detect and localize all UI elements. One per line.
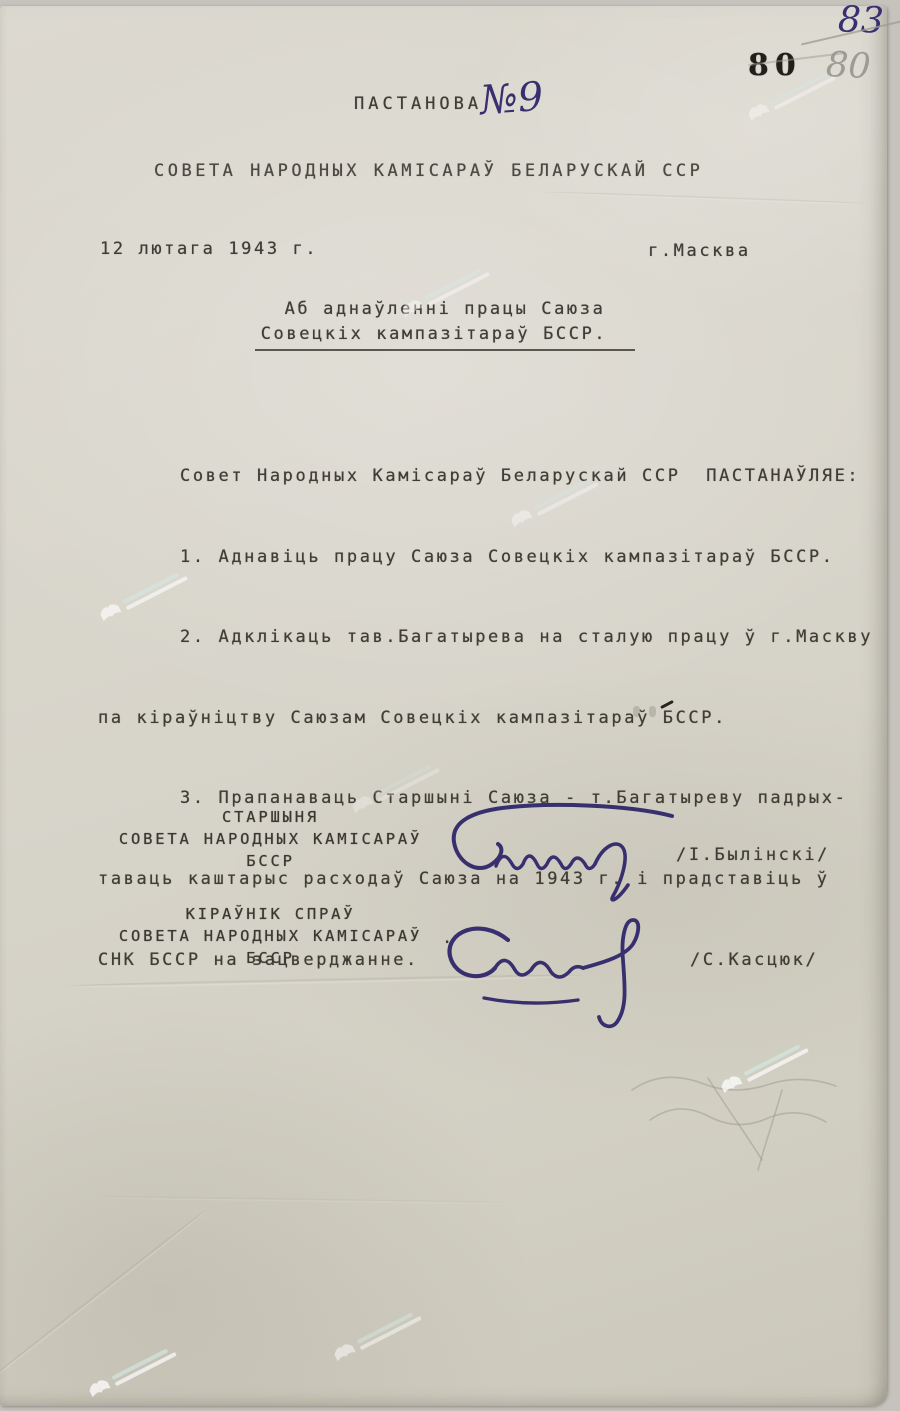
subject-line-1: Аб аднаўленні працы Саюза: [60, 297, 830, 322]
kastsyuk-signature: [428, 912, 700, 1034]
signatory-title-block-2: КІРАЎНІК СПРАЎ СОВЕТА НАРОДНЫХ КАМІСАРАЎ…: [98, 903, 443, 969]
body-line: 1. Аднавіць працу Саюза Совецкіх кампазі…: [98, 537, 878, 578]
signatory-title-line: БССР: [98, 850, 443, 872]
body-line: па кіраўніцтву Саюзам Совецкіх кампазіта…: [98, 698, 878, 739]
handwritten-page-number-ink: 83: [837, 0, 884, 42]
signatory-title-line: КІРАЎНІК СПРАЎ: [98, 903, 443, 925]
ink-ghost-mark: [633, 706, 640, 717]
subject-line-2: Совецкіх кампазітараў БССР.: [255, 322, 636, 351]
handwritten-resolution-number: №9: [478, 74, 544, 124]
ink-ghost-mark: [649, 706, 656, 717]
body-line: 2. Адклікаць тав.Багатырева на сталую пр…: [98, 617, 878, 658]
scanned-document: 83 80 80 ПАСТАНОВА №9 СОВЕТА НАРОДНЫХ КА…: [0, 0, 900, 1411]
document-date: 12 лютага 1943 г.: [100, 239, 318, 259]
subject-block: Аб аднаўленні працы Саюза Совецкіх кампа…: [60, 297, 830, 351]
signatory-title-line: СОВЕТА НАРОДНЫХ КАМІСАРАЎ: [98, 925, 443, 947]
typed-name-1: /І.Былінскі/: [676, 845, 830, 865]
signatory-title-block-1: СТАРШЫНЯ СОВЕТА НАРОДНЫХ КАМІСАРАЎ БССР: [98, 806, 443, 872]
signatory-title-line: СТАРШЫНЯ: [98, 806, 443, 828]
org-name-line: СОВЕТА НАРОДНЫХ КАМІСАРАЎ БЕЛАРУСКАЙ ССР: [154, 161, 703, 181]
typed-name-2: /С.Касцюк/: [690, 950, 818, 970]
signatory-title-line: БССР: [98, 947, 443, 969]
pencil-scribbles: [612, 1056, 892, 1186]
stamped-page-number: 80: [748, 48, 802, 83]
handwritten-page-number-pencil: 80: [825, 45, 872, 87]
document-place: г.Масква: [648, 241, 751, 261]
signatory-title-line: СОВЕТА НАРОДНЫХ КАМІСАРАЎ: [98, 828, 443, 850]
body-line: Совет Народных Камісараў Беларускай ССР …: [98, 456, 878, 497]
document-title: ПАСТАНОВА: [354, 94, 482, 114]
bylinski-signature: [432, 800, 684, 906]
